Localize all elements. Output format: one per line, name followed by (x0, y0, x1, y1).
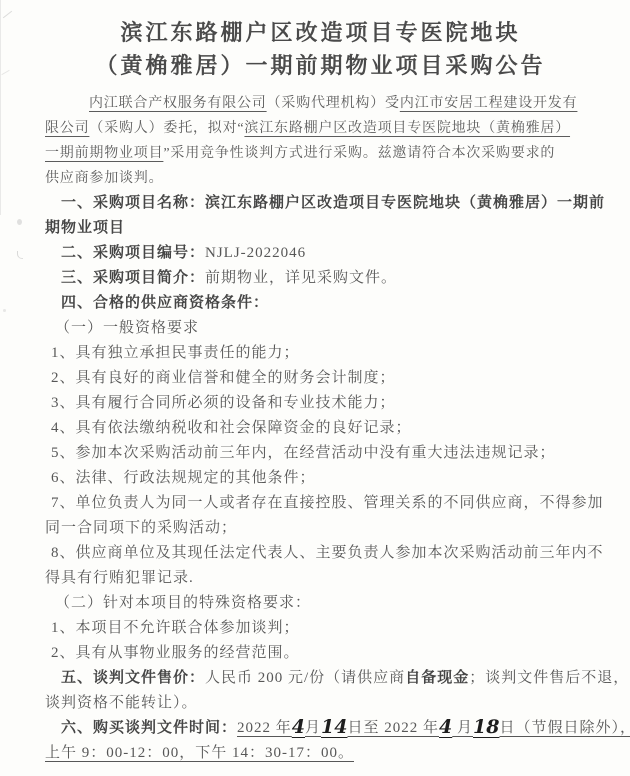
text-line: 6、法律、行政法规规定的其他条件； (45, 466, 596, 491)
text-line: 内江联合产权服务有限公司（采购代理机构）受内江市安居工程建设开发有 (45, 91, 596, 116)
text-line: 5、参加本次采购活动前三年内，在经营活动中没有重大违法违规记录； (45, 441, 596, 466)
text-segment: NJLJ-2022046 (205, 245, 306, 261)
text-line: （二）针对本项目的特殊资格要求： (45, 591, 596, 616)
text-segment: 上午 9：00-12：00，下午 14：30-17：00。 (45, 745, 354, 761)
text-segment: 谈判资格不能转让）。 (45, 695, 198, 711)
text-segment: 内江联合产权服务有限公司 (89, 96, 267, 111)
handwritten-date-value: 4 (292, 716, 305, 738)
text-line: 供应商参加谈判。 (45, 166, 596, 191)
handwritten-date-value: 4 (439, 716, 452, 738)
document-content: 滨江东路棚户区改造项目专医院地块 （黄桷雅居）一期前期物业项目采购公告 内江联合… (0, 0, 630, 766)
text-line: （一）一般资格要求 (45, 316, 596, 341)
text-segment: 6、法律、行政法规规定的其他条件； (51, 470, 316, 486)
text-segment: 五、谈判文件售价： (61, 670, 205, 686)
text-line: 8、供应商单位及其现任法定代表人、主要负责人参加本次采购活动前三年内不 (45, 541, 596, 566)
text-line: 1、本项目不允许联合体参加谈判； (45, 616, 596, 641)
text-line: 同一合同项下的采购活动； (45, 516, 596, 541)
text-line: 三、采购项目简介：前期物业，详见采购文件。 (45, 266, 596, 291)
handwritten-date-value: 14 (321, 716, 347, 738)
text-segment: 六、购买谈判文件时间： (61, 720, 237, 736)
text-segment: 滨江东路棚户区改造项目专医院地块（黄桷雅居） (244, 121, 570, 136)
text-segment: 人民币 200 元/份（请供应商 (205, 670, 405, 686)
text-segment: 二、采购项目编号： (61, 245, 205, 261)
text-segment: 三、采购项目简介： (61, 270, 205, 286)
document-body: 内江联合产权服务有限公司（采购代理机构）受内江市安居工程建设开发有限公司（采购人… (45, 91, 596, 766)
text-segment: 月 (452, 720, 473, 736)
scanned-document-page: 滨江东路棚户区改造项目专医院地块 （黄桷雅居）一期前期物业项目采购公告 内江联合… (0, 0, 630, 776)
text-line: 2、具有从事物业服务的经营范围。 (45, 641, 596, 666)
text-segment: 2、具有从事物业服务的经营范围。 (51, 645, 300, 661)
text-segment: 四、合格的供应商资格条件： (61, 295, 269, 311)
text-line: 限公司（采购人）委托，拟对“滨江东路棚户区改造项目专医院地块（黄桷雅居） (45, 116, 596, 141)
text-segment: 自备现金 (405, 670, 469, 686)
text-line: 上午 9：00-12：00，下午 14：30-17：00。 (45, 741, 596, 766)
text-segment: （二）针对本项目的特殊资格要求： (55, 595, 311, 611)
text-line: 一期前期物业项目”采用竞争性谈判方式进行采购。兹邀请符合本次采购要求的 (45, 141, 596, 166)
text-segment: 3、具有履行合同所必须的设备和专业技术能力； (51, 395, 396, 411)
text-segment: 一期前期物业项目 (45, 146, 163, 161)
text-line: 一、采购项目名称：滨江东路棚户区改造项目专医院地块（黄桷雅居）一期前 (45, 191, 596, 216)
text-segment: （一）一般资格要求 (55, 320, 199, 336)
text-segment: （采购代理机构）受 (267, 96, 400, 111)
text-segment: 内江市安居工程建设开发有 (400, 96, 578, 111)
text-line: 二、采购项目编号：NJLJ-2022046 (45, 241, 596, 266)
title-line-2: （黄桷雅居）一期前期物业项目采购公告 (45, 49, 596, 82)
text-segment: 限公司 (45, 121, 89, 136)
text-segment: （采购人）委托，拟对“ (89, 121, 244, 136)
text-segment: 供应商参加谈判。 (45, 171, 163, 186)
text-line: 期物业项目 (45, 216, 596, 241)
text-segment: ；谈判文件售后不退， (469, 670, 629, 686)
text-segment: 日（节假日除外）， (499, 720, 630, 736)
text-segment: 8、供应商单位及其现任法定代表人、主要负责人参加本次采购活动前三年内不 (51, 545, 604, 561)
text-segment: ”采用竞争性谈判方式进行采购。兹邀请符合本次采购要求的 (163, 146, 555, 161)
text-segment: 期物业项目 (45, 220, 125, 236)
text-segment: 4、具有依法缴纳税收和社会保障资金的良好记录； (51, 420, 412, 436)
text-segment: 7、单位负责人为同一人或者存在直接控股、管理关系的不同供应商，不得参加 (51, 495, 604, 511)
text-segment: 2、具有良好的商业信誉和健全的财务会计制度； (51, 370, 396, 386)
text-line: 得具有行贿犯罪记录. (45, 566, 596, 591)
text-segment: 2022 年 (237, 720, 292, 736)
text-segment: 同一合同项下的采购活动； (45, 520, 237, 536)
text-segment: 一、采购项目名称：滨江东路棚户区改造项目专医院地块（黄桷雅居）一期前 (61, 195, 605, 211)
text-segment: 前期物业，详见采购文件。 (205, 270, 397, 286)
text-segment: 得具有行贿犯罪记录. (45, 570, 194, 586)
text-line: 四、合格的供应商资格条件： (45, 291, 596, 316)
text-segment: 1、本项目不允许联合体参加谈判； (51, 620, 300, 636)
text-segment: 1、具有独立承担民事责任的能力； (51, 345, 300, 361)
text-line: 谈判资格不能转让）。 (45, 691, 596, 716)
text-segment: 5、参加本次采购活动前三年内，在经营活动中没有重大违法违规记录； (51, 445, 556, 461)
text-line: 2、具有良好的商业信誉和健全的财务会计制度； (45, 366, 596, 391)
text-line: 1、具有独立承担民事责任的能力； (45, 341, 596, 366)
text-line: 六、购买谈判文件时间：2022 年4月14日至 2022 年4 月18日（节假日… (45, 716, 596, 741)
text-line: 4、具有依法缴纳税收和社会保障资金的良好记录； (45, 416, 596, 441)
text-line: 3、具有履行合同所必须的设备和专业技术能力； (45, 391, 596, 416)
text-line: 五、谈判文件售价：人民币 200 元/份（请供应商自备现金；谈判文件售后不退， (45, 666, 596, 691)
text-segment: 日至 2022 年 (347, 720, 439, 736)
title-line-1: 滨江东路棚户区改造项目专医院地块 (45, 16, 596, 49)
handwritten-date-value: 18 (473, 716, 499, 738)
text-segment: 月 (305, 720, 321, 736)
document-title: 滨江东路棚户区改造项目专医院地块 （黄桷雅居）一期前期物业项目采购公告 (45, 16, 596, 82)
text-line: 7、单位负责人为同一人或者存在直接控股、管理关系的不同供应商，不得参加 (45, 491, 596, 516)
